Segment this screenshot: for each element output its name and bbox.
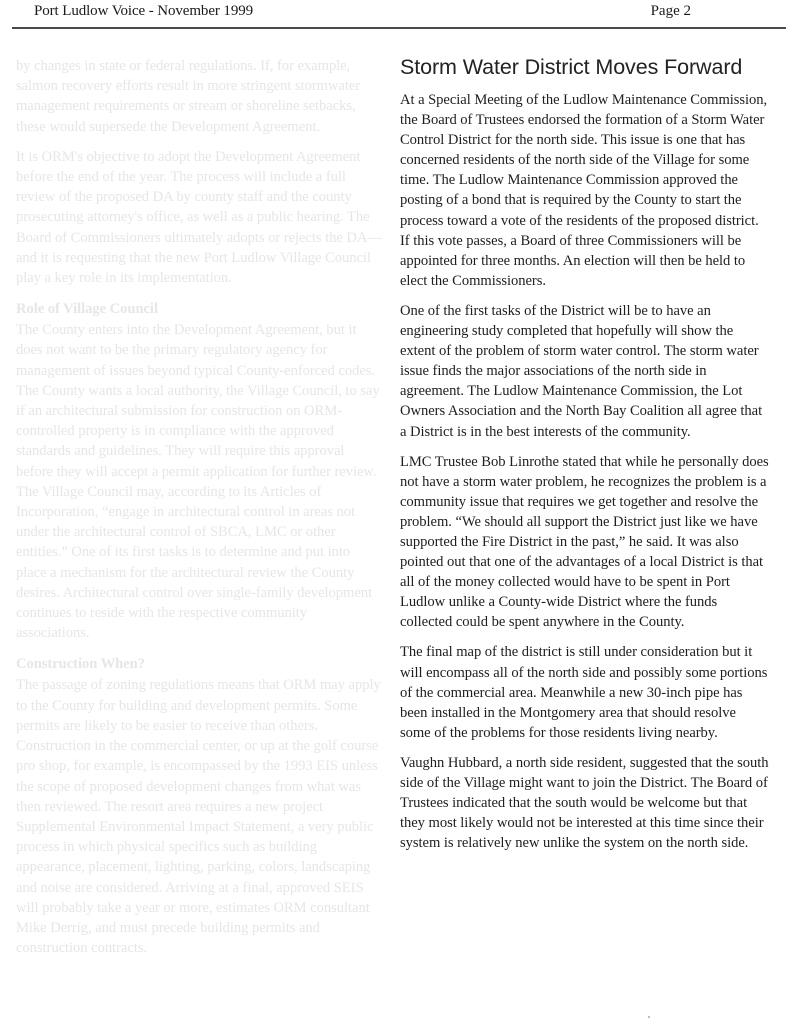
scan-speck <box>648 1016 650 1018</box>
article-title: Storm Water District Moves Forward <box>400 52 770 82</box>
article-paragraph: Vaughn Hubbard, a north side resident, s… <box>400 753 770 853</box>
header-rule <box>12 27 786 29</box>
left-column-faded-article: by changes in state or federal regulatio… <box>16 56 382 968</box>
article-paragraph: The final map of the district is still u… <box>400 642 770 742</box>
paragraph: The passage of zoning regulations means … <box>16 675 382 958</box>
publication-title: Port Ludlow Voice - November 1999 <box>34 3 253 20</box>
article-paragraph: At a Special Meeting of the Ludlow Maint… <box>400 90 770 291</box>
section-heading-role-of-village-council: Role of Village Council <box>16 298 382 320</box>
article-paragraph: One of the first tasks of the District w… <box>400 301 770 442</box>
page-number: Page 2 <box>651 3 691 20</box>
storm-water-article: Storm Water District Moves Forward At a … <box>400 52 770 863</box>
paragraph: by changes in state or federal regulatio… <box>16 56 382 137</box>
paragraph: The County enters into the Development A… <box>16 320 382 643</box>
page-header: Port Ludlow Voice - November 1999 Page 2 <box>12 0 786 28</box>
article-paragraph: LMC Trustee Bob Linrothe stated that whi… <box>400 452 770 633</box>
paragraph: It is ORM's objective to adopt the Devel… <box>16 147 382 288</box>
section-heading-construction-when: Construction When? <box>16 653 382 675</box>
